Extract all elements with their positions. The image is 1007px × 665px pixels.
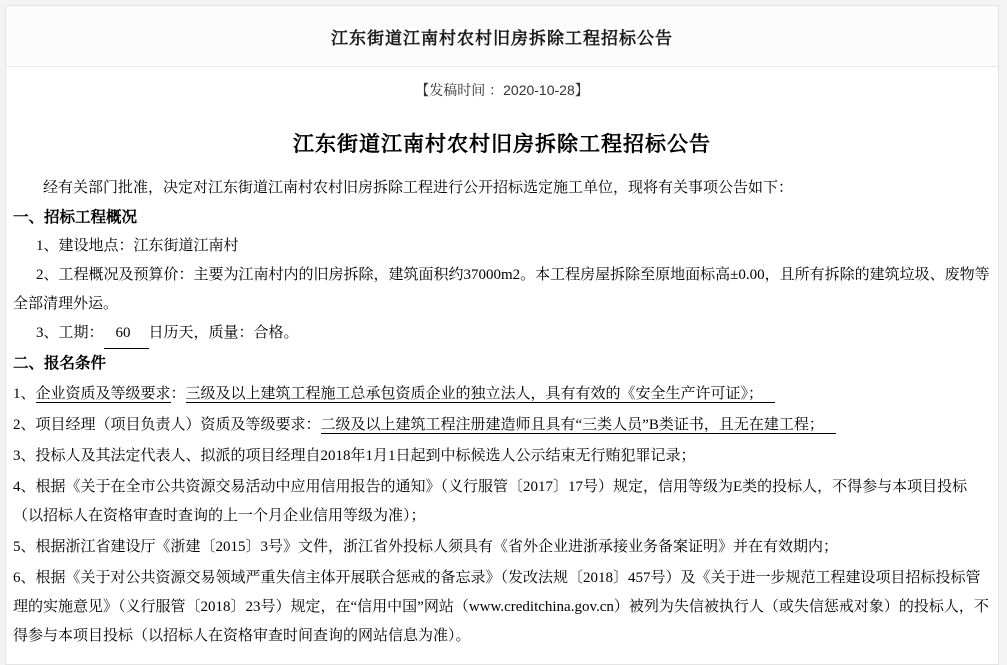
section1-heading: 一、招标工程概况 <box>13 203 991 232</box>
item2-requirement: 二级及以上建筑工程注册建造师且具有“三类人员”B类证书，且无在建工程； <box>321 417 836 434</box>
announcement-panel: 江东街道江南村农村旧房拆除工程招标公告 【发稿时间 ：2020-10-28】 江… <box>5 5 999 630</box>
intro-paragraph: 经有关部门批准，决定对江东街道江南村农村旧房拆除工程进行公开招标选定施工单位，现… <box>13 174 991 203</box>
page-title: 江东街道江南村农村旧房拆除工程招标公告 <box>331 24 673 49</box>
item1-colon: ： <box>171 386 186 402</box>
publish-time-suffix: 】 <box>575 82 589 98</box>
section2-item5: 5、根据浙江省建设厅《浙建〔2015〕3号》文件，浙江省外投标人须具有《省外企业… <box>13 533 991 562</box>
section2-item4: 4、根据《关于在全市公共资源交易活动中应用信用报告的通知》（义行服管〔2017〕… <box>13 473 991 531</box>
publish-date: 2020-10-28 <box>503 82 575 98</box>
duration-prefix: 3、工期： <box>36 325 104 341</box>
section2-heading: 二、报名条件 <box>13 349 991 378</box>
duration-value: 60 <box>104 319 149 349</box>
item2-prefix: 2、项目经理（项目负责人）资质及等级要求： <box>13 417 321 433</box>
section2-item6: 6、根据《关于对公共资源交易领域严重失信主体开展联合惩戒的备忘录》（发改法规〔2… <box>13 564 991 630</box>
document-body: 经有关部门批准，决定对江东街道江南村农村旧房拆除工程进行公开招标选定施工单位，现… <box>6 174 998 630</box>
item1-number: 1、 <box>13 386 36 402</box>
publish-time: 【发稿时间 ：2020-10-28】 <box>6 67 998 104</box>
section1-item-duration: 3、工期：60日历天，质量：合格。 <box>13 319 991 349</box>
publish-time-label: 【发稿时间 ： <box>415 82 503 98</box>
item1-label: 企业资质及等级要求 <box>36 386 171 403</box>
panel-header: 江东街道江南村农村旧房拆除工程招标公告 <box>6 6 998 67</box>
duration-suffix: 日历天，质量：合格。 <box>149 325 299 341</box>
document-title: 江东街道江南村农村旧房拆除工程招标公告 <box>6 128 998 158</box>
item1-requirement: 三级及以上建筑工程施工总承包资质企业的独立法人，具有有效的《安全生产许可证》； <box>186 386 776 403</box>
section2-item1: 1、企业资质及等级要求：三级及以上建筑工程施工总承包资质企业的独立法人，具有有效… <box>13 380 991 409</box>
section2-item3: 3、投标人及其法定代表人、拟派的项目经理自2018年1月1日起到中标候选人公示结… <box>13 442 991 471</box>
section2-item2: 2、项目经理（项目负责人）资质及等级要求：二级及以上建筑工程注册建造师且具有“三… <box>13 411 991 440</box>
section1-item-location: 1、建设地点：江东街道江南村 <box>13 232 991 261</box>
section1-item-overview: 2、工程概况及预算价：主要为江南村内的旧房拆除，建筑面积约37000m2。本工程… <box>13 261 991 319</box>
